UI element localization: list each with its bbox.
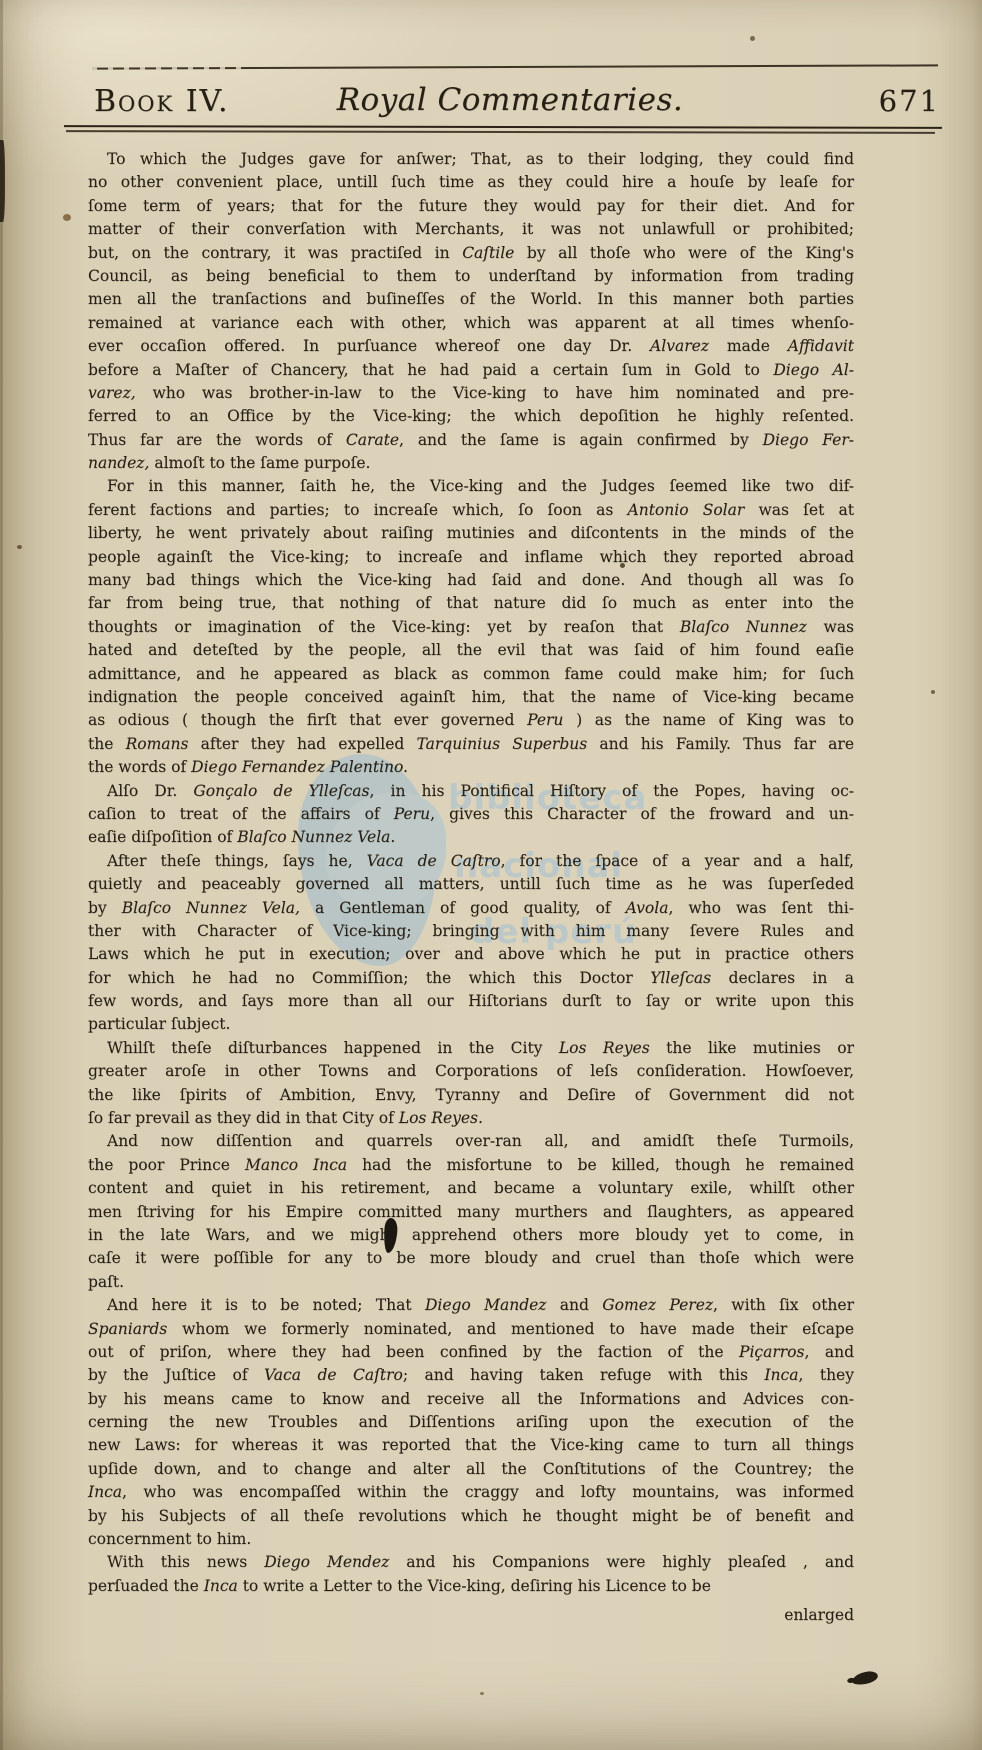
text-segment: To which the Judges gave for anſwer; Tha… [107, 150, 854, 168]
text-segment: , for the ſpace of a year and a half, [501, 852, 854, 870]
text-segment: caſion to treat of the affairs of [88, 805, 394, 823]
text-segment: eaſie diſpoſition of [88, 828, 237, 846]
text-line: no other convenient place, untill ſuch t… [88, 171, 854, 194]
text-segment: before a Maſter of Chancery, that he had… [88, 361, 773, 379]
text-segment: , in his Pontifical Hiſtory of the Popes… [370, 782, 855, 800]
text-segment: ferred to an Office by the Vice-king; th… [88, 407, 854, 425]
text-line: before a Maſter of Chancery, that he had… [88, 359, 854, 382]
text-line: the like ſpirits of Ambition, Envy, Tyra… [88, 1084, 854, 1107]
text-segment: , and the ſame is again confirmed by [399, 431, 763, 449]
text-segment: upſide down, and to change and alter all… [88, 1460, 854, 1478]
text-segment: and his Companions were highly pleaſed ,… [389, 1553, 854, 1571]
text-segment: Thus far are the words of [88, 431, 346, 449]
paper-speck [931, 690, 935, 694]
text-line: indignation the people conceived againſt… [88, 686, 854, 709]
text-line: Thus far are the words of Carate, and th… [88, 429, 854, 452]
text-line: After theſe things, ſays he, Vaca de Caſ… [88, 850, 854, 873]
header-rule-double [64, 125, 942, 129]
book-page: Book IV. Royal Commentaries. 671 bibliot… [0, 0, 982, 1750]
text-line: new Laws: for whereas it was reported th… [88, 1434, 854, 1457]
text-line: cerning the new Troubles and Diſſentions… [88, 1411, 854, 1434]
italic-text-segment: Romans [126, 735, 189, 753]
text-segment: caſe it were poſſible for any to be more… [88, 1249, 854, 1267]
text-line: ferred to an Office by the Vice-king; th… [88, 405, 854, 428]
text-segment: the like ſpirits of Ambition, Envy, Tyra… [88, 1086, 854, 1104]
paragraph: Whilſt theſe diſturbances happened in th… [88, 1037, 854, 1131]
paragraph: And now diſſention and quarrels over-ran… [88, 1130, 854, 1294]
text-segment: particular ſubject. [88, 1015, 230, 1033]
italic-text-segment: Ylleſcas [650, 969, 711, 987]
text-line: ſome term of years; that for the future … [88, 195, 854, 218]
text-segment: ſome term of years; that for the future … [88, 197, 854, 215]
text-segment: the words of [88, 758, 191, 776]
page-edge-shadow [0, 0, 3, 1750]
paragraph: For in this manner, ſaith he, the Vice-k… [88, 475, 854, 779]
text-line: eaſie diſpoſition of Blaſco Nunnez Vela. [88, 826, 854, 849]
italic-text-segment: Caſtile [462, 244, 514, 262]
paragraphs-container: To which the Judges gave for anſwer; Tha… [88, 148, 854, 1598]
italic-text-segment: Los Reyes [559, 1039, 650, 1057]
text-line: varez, who was brother-in-law to the Vic… [88, 382, 854, 405]
text-line: men all the tranſactions and buſineſſes … [88, 288, 854, 311]
text-line: And here it is to be noted; That Diego M… [88, 1294, 854, 1317]
italic-text-segment: Piçarros [739, 1343, 804, 1361]
text-segment: and his Family. Thus far are [587, 735, 854, 753]
text-segment: by [88, 899, 122, 917]
italic-text-segment: Alvarez [650, 337, 709, 355]
text-segment: was [807, 618, 854, 636]
book-label: Book IV. [94, 84, 230, 119]
italic-text-segment: varez, [88, 384, 136, 402]
text-line: caſe it were poſſible for any to be more… [88, 1247, 854, 1270]
text-line: Council, as being beneficial to them to … [88, 265, 854, 288]
text-line: Laws which he put in execution; over and… [88, 943, 854, 966]
text-segment: far from being true, that nothing of tha… [88, 594, 854, 612]
text-line: for which he had no Commiſſion; the whic… [88, 967, 854, 990]
italic-text-segment: Diego Mendez [264, 1553, 389, 1571]
text-segment: matter of their converſation with Mercha… [88, 220, 854, 238]
text-segment: by his Subjects of all theſe revolutions… [88, 1507, 854, 1525]
paragraph: Alſo Dr. Gonçalo de Ylleſcas, in his Pon… [88, 780, 854, 850]
text-line: men ſtriving for his Empire committed ma… [88, 1201, 854, 1224]
text-segment: Alſo Dr. [107, 782, 193, 800]
text-segment: content and quiet in his retirement, and… [88, 1179, 854, 1197]
italic-text-segment: Los Reyes. [399, 1109, 483, 1127]
text-line: hated and deteſted by the people, all th… [88, 639, 854, 662]
italic-text-segment: Inca [764, 1366, 798, 1384]
text-line: Spaniards whom we formerly nominated, an… [88, 1318, 854, 1341]
text-line: perſuaded the Inca to write a Letter to … [88, 1575, 854, 1598]
text-line: admittance, and he appeared as black as … [88, 663, 854, 686]
text-segment: to write a Letter to the Vice-king, deſi… [238, 1577, 711, 1595]
paper-speck [63, 214, 71, 221]
page-title: Royal Commentaries. [280, 82, 740, 118]
text-line: out of priſon, where they had been confi… [88, 1341, 854, 1364]
text-segment: hated and deteſted by the people, all th… [88, 641, 854, 659]
scan-edge-mark [0, 140, 5, 222]
text-segment: perſuaded the [88, 1577, 204, 1595]
text-line: by his means came to know and receive al… [88, 1388, 854, 1411]
italic-text-segment: Inca [88, 1483, 122, 1501]
italic-text-segment: Peru [527, 711, 563, 729]
text-segment: for which he had no Commiſſion; the whic… [88, 969, 650, 987]
text-segment: had the misfortune to be killed, though … [347, 1156, 854, 1174]
text-segment: liberty, he went privately about raiſing… [88, 524, 854, 542]
header-rule-top [92, 64, 938, 69]
text-line: concernment to him. [88, 1528, 854, 1551]
text-line: For in this manner, ſaith he, the Vice-k… [88, 475, 854, 498]
text-line: quietly and peaceably governed all matte… [88, 873, 854, 896]
paragraph: With this news Diego Mendez and his Comp… [88, 1551, 854, 1598]
text-segment: was ſet at [744, 501, 854, 519]
ink-ornament [851, 1670, 878, 1686]
text-segment: , who was ſent thi- [668, 899, 854, 917]
italic-text-segment: Vaca de Caſtro [367, 852, 501, 870]
text-segment: few words, and ſays more than all our Hi… [88, 992, 854, 1010]
italic-text-segment: Diego Al- [773, 361, 854, 379]
italic-text-segment: Gonçalo de Ylleſcas [193, 782, 369, 800]
text-line: ever occaſion offered. In purſuance wher… [88, 335, 854, 358]
text-segment: men ſtriving for his Empire committed ma… [88, 1203, 854, 1221]
text-line: ferent factions and parties; to increaſe… [88, 499, 854, 522]
text-segment: ſo far prevail as they did in that City … [88, 1109, 399, 1127]
text-line: And now diſſention and quarrels over-ran… [88, 1130, 854, 1153]
text-segment: who was brother-in-law to the Vice-king … [136, 384, 854, 402]
italic-text-segment: Vaca de Caſtro [264, 1366, 403, 1384]
text-segment: the like mutinies or [650, 1039, 854, 1057]
italic-text-segment: Manco Inca [245, 1156, 347, 1174]
text-segment: thoughts or imagination of the Vice-king… [88, 618, 680, 636]
text-segment: , and [804, 1343, 854, 1361]
paper-speck [750, 36, 755, 41]
italic-text-segment: Avola [626, 899, 669, 917]
text-segment: by the Juſtice of [88, 1366, 264, 1384]
italic-text-segment: Carate [346, 431, 399, 449]
text-segment: ther with Character of Vice-king; bringi… [88, 922, 854, 940]
italic-text-segment: Diego Fernandez Palentino. [191, 758, 408, 776]
text-line: paſt. [88, 1271, 854, 1294]
text-line: by his Subjects of all theſe revolutions… [88, 1505, 854, 1528]
text-segment: concernment to him. [88, 1530, 251, 1548]
text-line: in the late Wars, and we might apprehend… [88, 1224, 854, 1247]
text-line: people againſt the Vice-king; to increaſ… [88, 546, 854, 569]
text-segment: ) as the name of King was to [563, 711, 854, 729]
text-segment: but, on the contrary, it was practiſed i… [88, 244, 462, 262]
text-line: Whilſt theſe diſturbances happened in th… [88, 1037, 854, 1060]
italic-text-segment: Spaniards [88, 1320, 167, 1338]
text-segment: , with ſix other [713, 1296, 854, 1314]
text-line: caſion to treat of the affairs of Peru, … [88, 803, 854, 826]
text-line: by the Juſtice of Vaca de Caſtro; and ha… [88, 1364, 854, 1387]
italic-text-segment: Antonio Solar [628, 501, 745, 519]
text-line: liberty, he went privately about raiſing… [88, 522, 854, 545]
page-text: To which the Judges gave for anſwer; Tha… [88, 148, 854, 1628]
text-segment: the [88, 735, 126, 753]
text-line: ſo far prevail as they did in that City … [88, 1107, 854, 1130]
text-segment: , who was encompaſſed within the craggy … [122, 1483, 854, 1501]
text-line: ther with Character of Vice-king; bringi… [88, 920, 854, 943]
text-segment: new Laws: for whereas it was reported th… [88, 1436, 854, 1454]
paragraph: To which the Judges gave for anſwer; Tha… [88, 148, 854, 475]
text-segment: remained at variance each with other, wh… [88, 314, 854, 332]
text-segment: , gives this Character of the froward an… [430, 805, 854, 823]
paper-speck [17, 545, 22, 549]
text-segment: men all the tranſactions and buſineſſes … [88, 290, 854, 308]
italic-text-segment: Blaſco Nunnez Vela, [122, 899, 300, 917]
text-segment: in the late Wars, and we might apprehend… [88, 1226, 854, 1244]
text-segment: Council, as being beneficial to them to … [88, 267, 854, 285]
text-segment: whom we formerly nominated, and mentione… [167, 1320, 854, 1338]
paper-speck [480, 1692, 484, 1695]
text-segment: many bad things which the Vice-king had … [88, 571, 854, 589]
text-segment: paſt. [88, 1273, 124, 1291]
italic-text-segment: Peru [394, 805, 430, 823]
text-segment: made [709, 337, 788, 355]
text-line: upſide down, and to change and alter all… [88, 1458, 854, 1481]
text-segment: by all thoſe who were of the King's [514, 244, 854, 262]
text-segment: , they [798, 1366, 854, 1384]
text-segment: With this news [107, 1553, 264, 1571]
text-line: Alſo Dr. Gonçalo de Ylleſcas, in his Pon… [88, 780, 854, 803]
text-segment: ferent factions and parties; to increaſe… [88, 501, 628, 519]
text-line: To which the Judges gave for anſwer; Tha… [88, 148, 854, 171]
text-segment: And now diſſention and quarrels over-ran… [107, 1132, 854, 1150]
text-line: With this news Diego Mendez and his Comp… [88, 1551, 854, 1574]
italic-text-segment: Diego Mandez [425, 1296, 547, 1314]
text-line: far from being true, that nothing of tha… [88, 592, 854, 615]
text-segment: For in this manner, ſaith he, the Vice-k… [107, 477, 854, 495]
text-segment: after they had expelled [188, 735, 416, 753]
italic-text-segment: Blaſco Nunnez [680, 618, 807, 636]
text-segment: cerning the new Troubles and Diſſentions… [88, 1413, 854, 1431]
text-segment: and [546, 1296, 602, 1314]
italic-text-segment: Gomez Perez [602, 1296, 713, 1314]
text-segment: declares in a [711, 969, 854, 987]
italic-text-segment: Blaſco Nunnez Vela. [237, 828, 395, 846]
text-segment: out of priſon, where they had been confi… [88, 1343, 739, 1361]
catchword: enlarged [88, 1604, 854, 1627]
text-line: remained at variance each with other, wh… [88, 312, 854, 335]
text-segment: people againſt the Vice-king; to increaſ… [88, 548, 854, 566]
italic-text-segment: Affidavit [788, 337, 854, 355]
text-line: the words of Diego Fernandez Palentino. [88, 756, 854, 779]
text-segment: admittance, and he appeared as black as … [88, 665, 854, 683]
text-segment: indignation the people conceived againſt… [88, 688, 854, 706]
text-segment: as odious ( though the firſt that ever g… [88, 711, 527, 729]
text-segment: a Gentleman of good quality, of [300, 899, 626, 917]
italic-text-segment: Tarquinius Superbus [417, 735, 588, 753]
italic-text-segment: nandez, [88, 454, 149, 472]
text-line: content and quiet in his retirement, and… [88, 1177, 854, 1200]
text-line: the poor Prince Manco Inca had the misfo… [88, 1154, 854, 1177]
text-segment: no other convenient place, untill ſuch t… [88, 173, 854, 191]
text-segment: by his means came to know and receive al… [88, 1390, 854, 1408]
text-line: but, on the contrary, it was practiſed i… [88, 242, 854, 265]
text-line: thoughts or imagination of the Vice-king… [88, 616, 854, 639]
text-segment: almoſt to the ſame purpoſe. [149, 454, 370, 472]
text-line: the Romans after they had expelled Tarqu… [88, 733, 854, 756]
text-segment: greater aroſe in other Towns and Corpora… [88, 1062, 854, 1080]
text-line: nandez, almoſt to the ſame purpoſe. [88, 452, 854, 475]
text-segment: And here it is to be noted; That [107, 1296, 425, 1314]
text-line: as odious ( though the firſt that ever g… [88, 709, 854, 732]
text-line: few words, and ſays more than all our Hi… [88, 990, 854, 1013]
text-line: many bad things which the Vice-king had … [88, 569, 854, 592]
text-line: Inca, who was encompaſſed within the cra… [88, 1481, 854, 1504]
text-segment: Laws which he put in execution; over and… [88, 945, 854, 963]
page-number: 671 [845, 84, 940, 118]
text-line: greater aroſe in other Towns and Corpora… [88, 1060, 854, 1083]
text-segment: ; and having taken refuge with this [403, 1366, 765, 1384]
text-line: particular ſubject. [88, 1013, 854, 1036]
paragraph: And here it is to be noted; That Diego M… [88, 1294, 854, 1551]
text-line: by Blaſco Nunnez Vela, a Gentleman of go… [88, 897, 854, 920]
paragraph: After theſe things, ſays he, Vaca de Caſ… [88, 850, 854, 1037]
text-segment: After theſe things, ſays he, [107, 852, 367, 870]
italic-text-segment: Diego Fer- [763, 431, 854, 449]
italic-text-segment: Inca [204, 1577, 238, 1595]
text-segment: ever occaſion offered. In purſuance wher… [88, 337, 650, 355]
text-segment: the poor Prince [88, 1156, 245, 1174]
text-line: matter of their converſation with Mercha… [88, 218, 854, 241]
text-segment: Whilſt theſe diſturbances happened in th… [107, 1039, 559, 1057]
text-segment: quietly and peaceably governed all matte… [88, 875, 854, 893]
